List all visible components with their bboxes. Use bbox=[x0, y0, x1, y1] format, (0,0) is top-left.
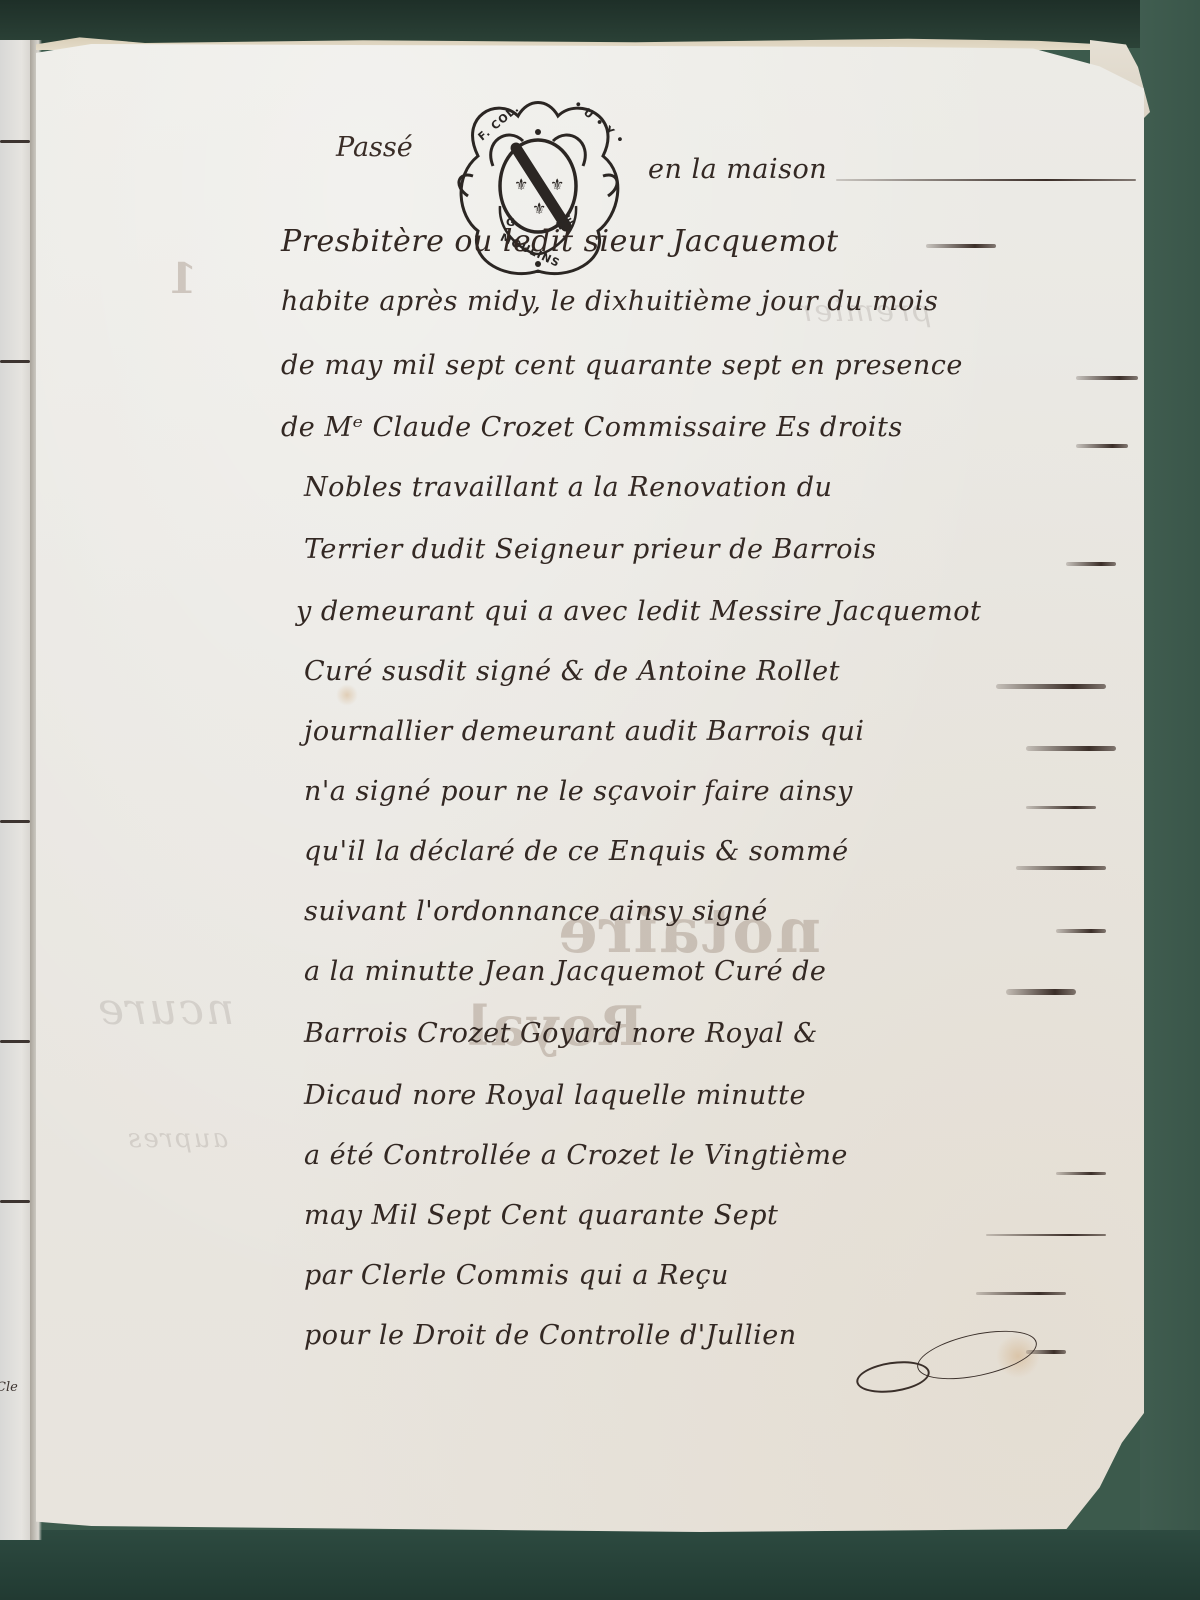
text-line-3: habite après midy, le dixhuitième jour d… bbox=[281, 286, 938, 317]
text-line-11: n'a signé pour ne le sçavoir faire ainsy bbox=[304, 776, 853, 807]
line-end-flourish bbox=[1076, 376, 1138, 380]
left-page-fragment: Cle bbox=[0, 1380, 18, 1395]
line-end-flourish bbox=[1016, 866, 1106, 870]
text-line-20-signature: pour le Droit de Controlle d'Jullien bbox=[304, 1320, 797, 1351]
text-line-2: Presbitère ou ledit sieur Jacquemot bbox=[281, 224, 839, 259]
line-end-flourish bbox=[1066, 562, 1116, 566]
text-line-18: may Mil Sept Cent quarante Sept bbox=[304, 1200, 778, 1231]
left-page-ink-stroke bbox=[0, 140, 30, 143]
backdrop-right bbox=[1140, 0, 1200, 1600]
text-line-8: y demeurant qui a avec ledit Messire Jac… bbox=[296, 596, 981, 627]
line-end-flourish bbox=[926, 244, 996, 248]
line-end-flourish bbox=[1056, 929, 1106, 933]
line-end-flourish bbox=[996, 684, 1106, 689]
line-end-flourish bbox=[1026, 746, 1116, 751]
left-page-ink-stroke bbox=[0, 820, 30, 823]
text-line-12: qu'il la déclaré de ce Enquis & sommé bbox=[304, 836, 849, 867]
line-end-flourish bbox=[1026, 806, 1096, 809]
bleed-through-text: aupres bbox=[126, 1124, 228, 1154]
text-line-13: suivant l'ordonnance ainsy signé bbox=[304, 896, 768, 927]
text-line-9: Curé susdit signé & de Antoine Rollet bbox=[304, 656, 840, 687]
left-page-ink-stroke bbox=[0, 360, 30, 363]
fleur-de-lis-icon: ⚜ bbox=[532, 199, 546, 218]
text-line-6: Nobles travaillant a la Renovation du bbox=[304, 472, 832, 503]
left-page-ink-stroke bbox=[0, 1200, 30, 1203]
line-end-flourish bbox=[1076, 444, 1128, 448]
text-line-7: Terrier dudit Seigneur prieur de Barrois bbox=[304, 534, 877, 565]
line-end-flourish bbox=[1006, 989, 1076, 995]
signature-paraph-loop bbox=[913, 1322, 1041, 1388]
text-line-19: par Clerle Commis qui a Reçu bbox=[304, 1260, 729, 1291]
left-page-ink-stroke bbox=[0, 1040, 30, 1043]
fleur-de-lis-icon: ⚜ bbox=[514, 175, 528, 194]
text-line-4: de may mil sept cent quarante sept en pr… bbox=[281, 350, 963, 381]
line-end-flourish bbox=[836, 179, 1136, 181]
text-line-5: de Mᵉ Claude Crozet Commissaire Es droit… bbox=[281, 412, 903, 443]
text-line-14: a la minutte Jean Jacquemot Curé de bbox=[304, 956, 826, 987]
line-end-flourish bbox=[1056, 1172, 1106, 1175]
margin-word-passe: Passé bbox=[336, 132, 413, 163]
text-line-10: journallier demeurant audit Barrois qui bbox=[304, 716, 865, 747]
text-line-15: Barrois Crozet Goyard nore Royal & bbox=[304, 1018, 818, 1049]
foxing-stain bbox=[336, 684, 358, 706]
bleed-through-text: 1 bbox=[166, 254, 197, 303]
fleur-de-lis-icon: ⚜ bbox=[550, 175, 564, 194]
document-sheet: notaire 1 premier Royal ncure aupres ⚜ ⚜… bbox=[36, 44, 1144, 1532]
line-end-flourish bbox=[986, 1234, 1106, 1236]
backdrop-bottom bbox=[0, 1530, 1200, 1600]
bleed-through-text: ncure bbox=[96, 984, 234, 1035]
text-line-16: Dicaud nore Royal laquelle minutte bbox=[304, 1080, 806, 1111]
text-line-1: en la maison bbox=[648, 154, 827, 185]
text-line-17: a été Controllée a Crozet le Vingtième bbox=[304, 1140, 848, 1171]
line-end-flourish bbox=[976, 1292, 1066, 1295]
